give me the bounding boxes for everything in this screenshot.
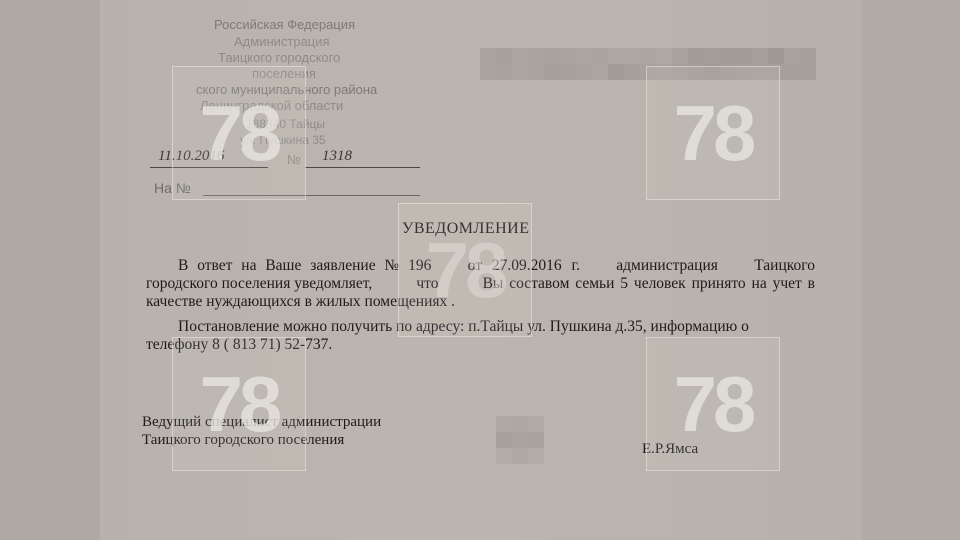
letterhead-country: Российская Федерация [214,17,355,32]
letterhead-settlement: Таицкого городского [218,50,340,65]
background-left [0,0,100,540]
p1-text-e: городского поселения уведомляет, [146,275,372,293]
p1-text-d: Таицкого [754,257,815,275]
watermark-bottom-right: 78 [646,337,780,471]
watermark-top-right: 78 [646,66,780,200]
outgoing-number: 1318 [322,148,352,165]
p1-text-g: Вы составом семьи 5 человек принято на у… [483,275,815,293]
number-underline [305,167,420,168]
p1-text-c: администрация [616,257,718,275]
background-right [862,0,960,540]
p1-text-a: В ответ на Ваше заявление № 196 [178,257,431,275]
watermark-top-left: 78 [172,66,306,200]
watermark-center: 78 [398,203,532,337]
watermark-bottom-left: 78 [172,337,306,471]
letterhead-administration: Администрация [234,34,330,49]
